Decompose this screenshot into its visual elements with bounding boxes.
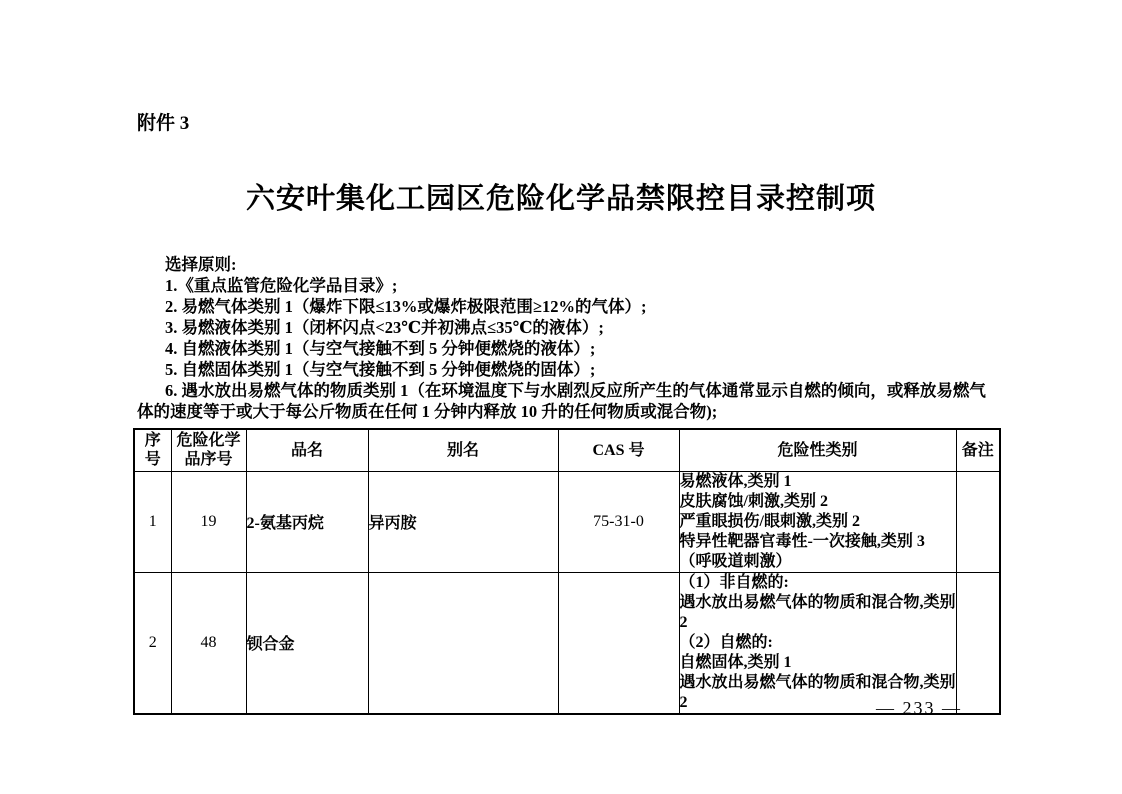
attachment-label: 附件 3: [137, 108, 189, 135]
cell-seq: 2: [134, 572, 171, 714]
cell-hazard: 易燃液体,类别 1 皮肤腐蚀/刺激,类别 2 严重眼损伤/眼刺激,类别 2 特异…: [679, 471, 956, 572]
cell-remark: [956, 471, 1000, 572]
document-page: 附件 3 六安叶集化工园区危险化学品禁限控目录控制项 选择原则: 1.《重点监管…: [0, 0, 1122, 794]
cell-name: 钡合金: [246, 572, 368, 714]
col-header-hazard: 危险性类别: [679, 429, 956, 471]
cell-cas: 75-31-0: [558, 471, 679, 572]
page-number: — 233 —: [876, 698, 962, 719]
principle-item-1: 1.《重点监管危险化学品目录》;: [137, 275, 989, 296]
cell-chem-no: 19: [171, 471, 246, 572]
col-header-chem-no: 危险化学 品序号: [171, 429, 246, 471]
cell-remark: [956, 572, 1000, 714]
cell-hazard: （1）非自燃的: 遇水放出易燃气体的物质和混合物,类别 2 （2）自燃的: 自燃…: [679, 572, 956, 714]
principle-item-4: 4. 自燃液体类别 1（与空气接触不到 5 分钟便燃烧的液体）;: [137, 338, 989, 359]
col-header-cas: CAS 号: [558, 429, 679, 471]
cell-seq: 1: [134, 471, 171, 572]
selection-principles: 选择原则: 1.《重点监管危险化学品目录》; 2. 易燃气体类别 1（爆炸下限≤…: [137, 254, 989, 422]
col-header-alias: 别名: [368, 429, 558, 471]
principle-item-3: 3. 易燃液体类别 1（闭杯闪点<23℃并初沸点≤35℃的液体）;: [137, 317, 989, 338]
principle-item-5: 5. 自燃固体类别 1（与空气接触不到 5 分钟便燃烧的固体）;: [137, 359, 989, 380]
table-header-row: 序 号 危险化学 品序号 品名 别名 CAS 号 危险性类别 备注: [134, 429, 1000, 471]
cell-alias: 异丙胺: [368, 471, 558, 572]
table-row: 1 19 2-氨基丙烷 异丙胺 75-31-0 易燃液体,类别 1 皮肤腐蚀/刺…: [134, 471, 1000, 572]
hazardous-chemicals-table: 序 号 危险化学 品序号 品名 别名 CAS 号 危险性类别 备注 1 19 2…: [133, 428, 1001, 715]
page-title: 六安叶集化工园区危险化学品禁限控目录控制项: [0, 176, 1122, 217]
cell-chem-no: 48: [171, 572, 246, 714]
col-header-remark: 备注: [956, 429, 1000, 471]
cell-cas: [558, 572, 679, 714]
principle-item-6: 6. 遇水放出易燃气体的物质类别 1（在环境温度下与水剧烈反应所产生的气体通常显…: [137, 380, 989, 422]
table-row: 2 48 钡合金 （1）非自燃的: 遇水放出易燃气体的物质和混合物,类别 2 （…: [134, 572, 1000, 714]
col-header-seq: 序 号: [134, 429, 171, 471]
principles-heading: 选择原则:: [137, 254, 989, 275]
col-header-name: 品名: [246, 429, 368, 471]
cell-alias: [368, 572, 558, 714]
cell-name: 2-氨基丙烷: [246, 471, 368, 572]
principle-item-2: 2. 易燃气体类别 1（爆炸下限≤13%或爆炸极限范围≥12%的气体）;: [137, 296, 989, 317]
